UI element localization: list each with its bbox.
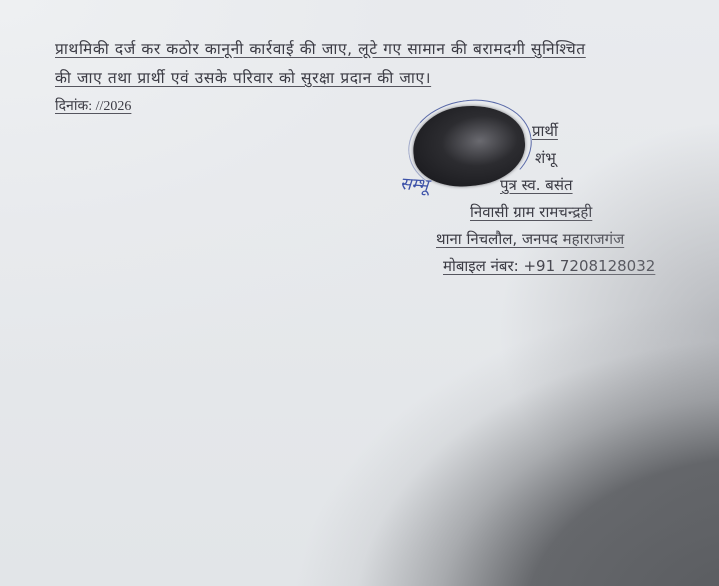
- applicant-name: शंभू: [535, 148, 556, 168]
- body-text-line-2: की जाए तथा प्रार्थी एवं उसके परिवार को स…: [55, 66, 431, 88]
- applicant-label: प्रार्थी: [532, 121, 558, 141]
- applicant-village: निवासी ग्राम रामचन्द्रही: [470, 202, 592, 222]
- applicant-parentage: पुत्र स्व. बसंत: [500, 175, 573, 195]
- date-line: दिनांक: //2026: [55, 96, 131, 115]
- body-text-line-1: प्राथमिकी दर्ज कर कठोर कानूनी कार्रवाई क…: [55, 37, 586, 59]
- handwritten-signature: सम्भू: [399, 171, 429, 196]
- applicant-mobile: मोबाइल नंबर: +91 7208128032: [443, 256, 655, 276]
- applicant-police-district: थाना निचलौल, जनपद महाराजगंज: [436, 229, 624, 249]
